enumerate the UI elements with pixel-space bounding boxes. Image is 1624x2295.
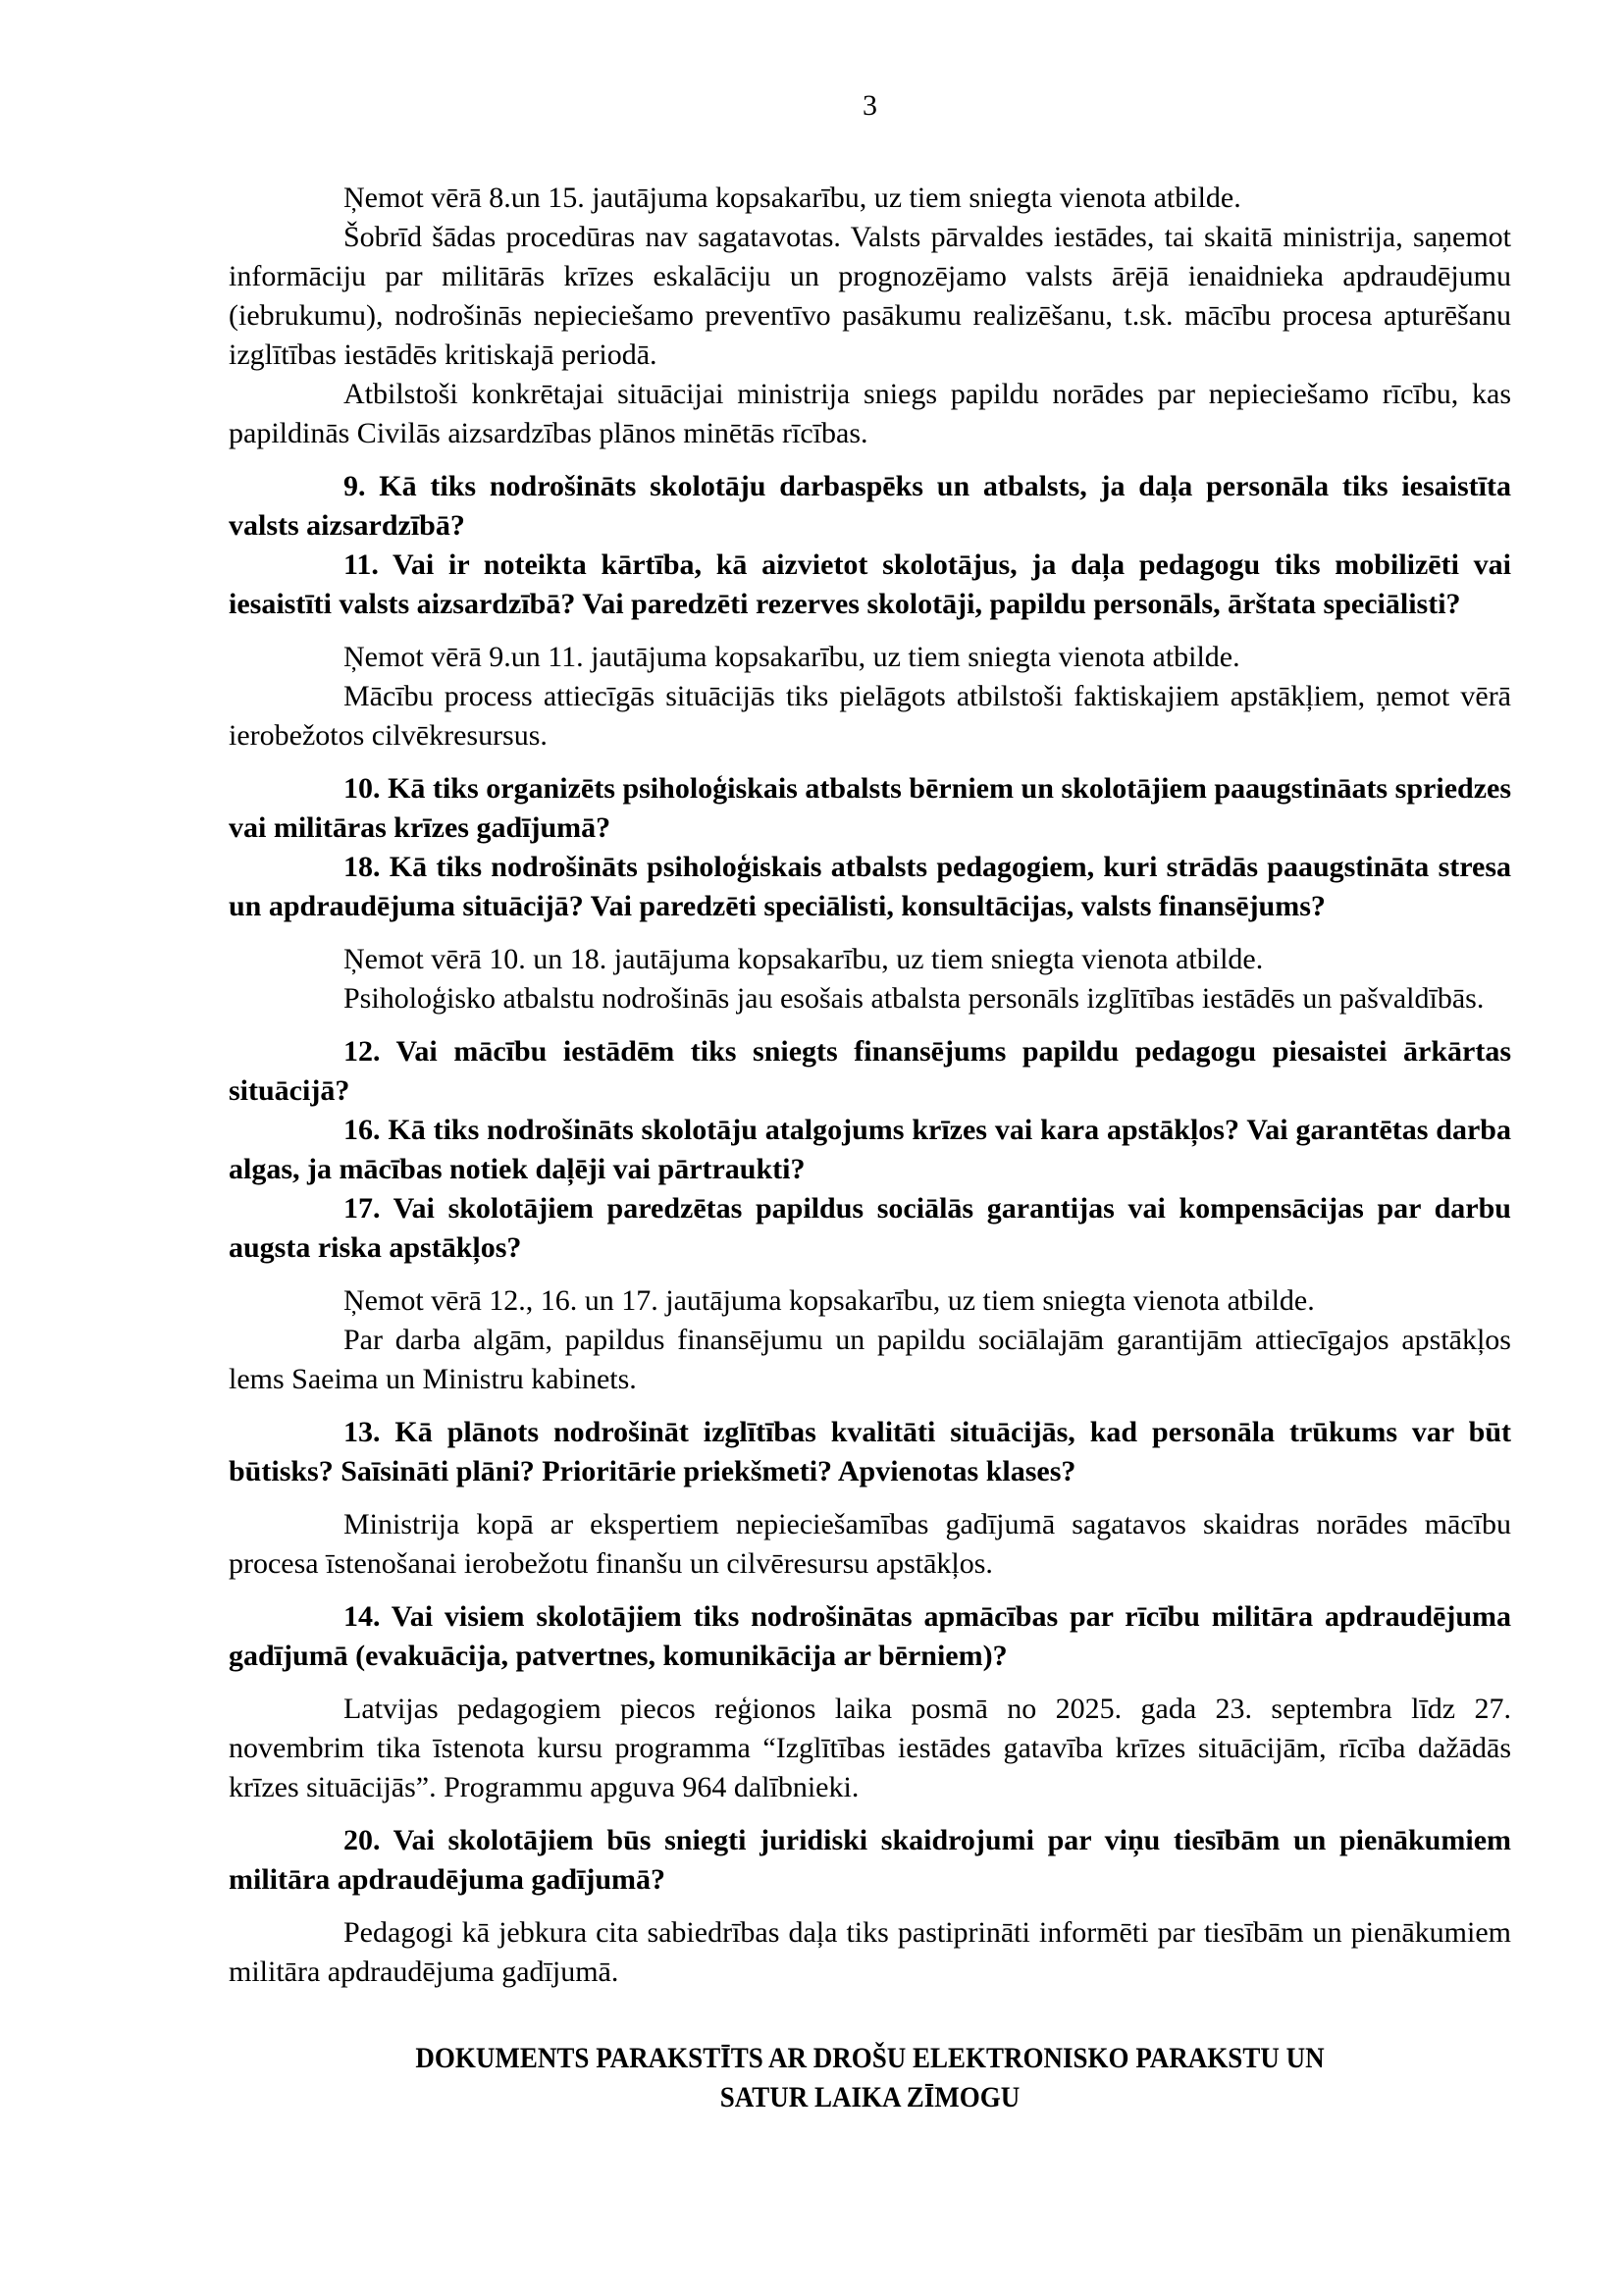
- answer-paragraph: Ņemot vērā 8.un 15. jautājuma kopsakarīb…: [229, 179, 1511, 218]
- answer-paragraph: Par darba algām, papildus finansējumu un…: [229, 1321, 1511, 1399]
- answer-paragraph: Ņemot vērā 9.un 11. jautājuma kopsakarīb…: [229, 638, 1511, 677]
- answer-block-9-11: Ņemot vērā 9.un 11. jautājuma kopsakarīb…: [229, 638, 1511, 756]
- question-paragraph: 9. Kā tiks nodrošināts skolotāju darbasp…: [229, 467, 1511, 546]
- answer-paragraph: Atbilstoši konkrētajai situācijai minist…: [229, 375, 1511, 453]
- question-paragraph: 16. Kā tiks nodrošināts skolotāju atalgo…: [229, 1111, 1511, 1189]
- question-block-20: 20. Vai skolotājiem būs sniegti juridisk…: [229, 1821, 1511, 1900]
- footer-line: SATUR LAIKA ZĪMOGU: [292, 2078, 1446, 2117]
- answer-block-20: Pedagogi kā jebkura cita sabiedrības daļ…: [229, 1913, 1511, 1992]
- question-paragraph: 14. Vai visiem skolotājiem tiks nodrošin…: [229, 1597, 1511, 1676]
- answer-paragraph: Latvijas pedagogiem piecos reģionos laik…: [229, 1690, 1511, 1807]
- question-paragraph: 13. Kā plānots nodrošināt izglītības kva…: [229, 1413, 1511, 1491]
- answer-block-14: Latvijas pedagogiem piecos reģionos laik…: [229, 1690, 1511, 1807]
- answer-block-13: Ministrija kopā ar ekspertiem nepiecieša…: [229, 1505, 1511, 1584]
- answer-block-8-15: Ņemot vērā 8.un 15. jautājuma kopsakarīb…: [229, 179, 1511, 453]
- question-paragraph: 10. Kā tiks organizēts psiholoģiskais at…: [229, 769, 1511, 848]
- question-block-12-16-17: 12. Vai mācību iestādēm tiks sniegts fin…: [229, 1032, 1511, 1268]
- document-page: 3 Ņemot vērā 8.un 15. jautājuma kopsakar…: [0, 0, 1624, 2295]
- footer-line: DOKUMENTS PARAKSTĪTS AR DROŠU ELEKTRONIS…: [292, 2039, 1446, 2078]
- answer-block-10-18: Ņemot vērā 10. un 18. jautājuma kopsakar…: [229, 940, 1511, 1018]
- answer-paragraph: Psiholoģisko atbalstu nodrošinās jau eso…: [229, 979, 1511, 1018]
- question-block-10-18: 10. Kā tiks organizēts psiholoģiskais at…: [229, 769, 1511, 926]
- question-paragraph: 11. Vai ir noteikta kārtība, kā aizvieto…: [229, 546, 1511, 624]
- question-paragraph: 17. Vai skolotājiem paredzētas papildus …: [229, 1189, 1511, 1268]
- answer-paragraph: Šobrīd šādas procedūras nav sagatavotas.…: [229, 218, 1511, 375]
- question-paragraph: 12. Vai mācību iestādēm tiks sniegts fin…: [229, 1032, 1511, 1111]
- page-number: 3: [229, 86, 1511, 126]
- answer-paragraph: Pedagogi kā jebkura cita sabiedrības daļ…: [229, 1913, 1511, 1992]
- question-paragraph: 18. Kā tiks nodrošināts psiholoģiskais a…: [229, 848, 1511, 926]
- signature-footer: DOKUMENTS PARAKSTĪTS AR DROŠU ELEKTRONIS…: [229, 2039, 1511, 2117]
- answer-paragraph: Ņemot vērā 10. un 18. jautājuma kopsakar…: [229, 940, 1511, 979]
- answer-paragraph: Ministrija kopā ar ekspertiem nepiecieša…: [229, 1505, 1511, 1584]
- question-paragraph: 20. Vai skolotājiem būs sniegti juridisk…: [229, 1821, 1511, 1900]
- answer-paragraph: Mācību process attiecīgās situācijās tik…: [229, 677, 1511, 756]
- page-content: 3 Ņemot vērā 8.un 15. jautājuma kopsakar…: [229, 86, 1511, 2117]
- answer-block-12-16-17: Ņemot vērā 12., 16. un 17. jautājuma kop…: [229, 1281, 1511, 1399]
- answer-paragraph: Ņemot vērā 12., 16. un 17. jautājuma kop…: [229, 1281, 1511, 1321]
- question-block-14: 14. Vai visiem skolotājiem tiks nodrošin…: [229, 1597, 1511, 1676]
- question-block-9-11: 9. Kā tiks nodrošināts skolotāju darbasp…: [229, 467, 1511, 624]
- question-block-13: 13. Kā plānots nodrošināt izglītības kva…: [229, 1413, 1511, 1491]
